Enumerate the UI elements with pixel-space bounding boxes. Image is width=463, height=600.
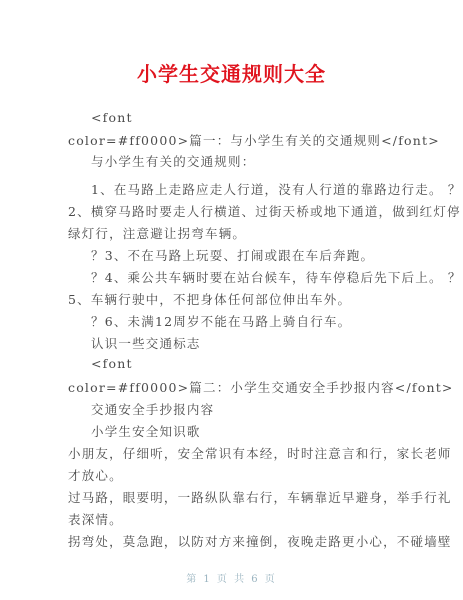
text-line: 5、车辆行驶中，不把身体任何部位伸出车外。: [68, 290, 351, 308]
text-line: 表深情。: [68, 510, 123, 528]
document-page: 小学生交通规则大全 <font color=#ff0000>篇一：与小学生有关的…: [0, 0, 463, 600]
text-line: <font: [91, 356, 133, 371]
text-line: 过马路，眼要明，一路纵队靠右行，车辆靠近早避身，举手行礼: [68, 488, 452, 506]
text-line: 才放心。: [68, 466, 123, 484]
text-line: 绿灯行，注意避让拐弯车辆。: [68, 224, 246, 242]
text-line: ？3、不在马路上玩耍、打闹或跟在车后奔跑。: [91, 246, 374, 264]
text-line: color=#ff0000>篇二：小学生交通安全手抄报内容</font>: [68, 378, 454, 396]
text-line: 2、横穿马路时要走人行横道、过街天桥或地下通道，做到红灯停: [68, 202, 461, 220]
text-line: ？6、未满12周岁不能在马路上骑自行车。: [91, 312, 351, 330]
text-line: color=#ff0000>篇一：与小学生有关的交通规则</font>: [68, 131, 440, 149]
text-line: 1、在马路上走路应走人行道，没有人行道的靠路边行走。 ？: [91, 180, 462, 198]
text-line: 小学生安全知识歌: [91, 422, 201, 440]
document-title: 小学生交通规则大全: [0, 58, 463, 87]
text-line: 与小学生有关的交通规则：: [91, 152, 255, 170]
text-line: 小朋友，仔细听，安全常识有本经，时时注意言和行，家长老师: [68, 444, 452, 462]
text-line: <font: [91, 110, 133, 125]
text-line: ？4、乘公共车辆时要在站台候车，待车停稳后先下后上。 ？: [91, 268, 462, 286]
text-line: 认识一些交通标志: [91, 334, 201, 352]
text-line: 拐弯处，莫急跑，以防对方来撞倒，夜晚走路更小心，不碰墙壁: [68, 532, 452, 550]
text-line: 交通安全手抄报内容: [91, 400, 214, 418]
page-footer: 第 1 页 共 6 页: [0, 570, 463, 585]
